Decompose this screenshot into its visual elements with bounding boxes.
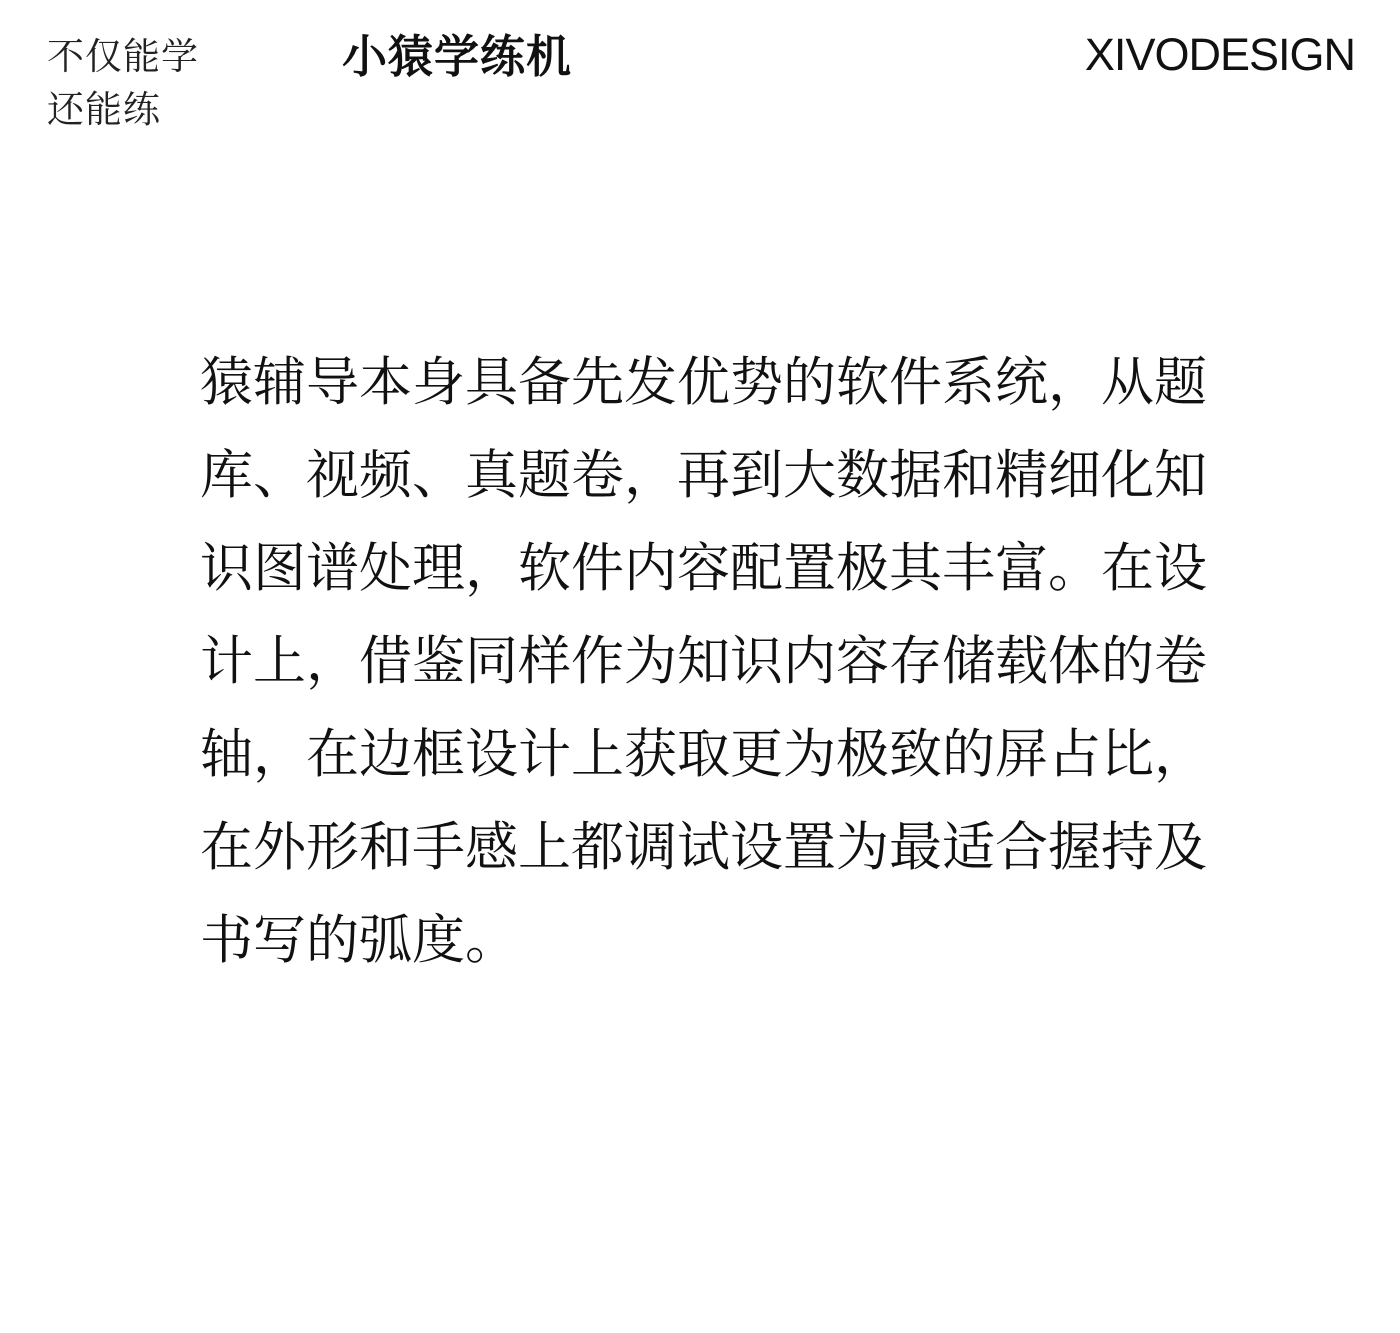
tagline-line-1: 不仅能学 bbox=[47, 30, 199, 83]
paragraph-line-5: 轴，在边框设计上获取更为极致的屏占比， bbox=[200, 708, 1210, 801]
page: 不仅能学 还能练 小猿学练机 XIVODESIGN 猿辅导本身具备先发优势的软件… bbox=[0, 0, 1400, 1333]
product-title: 小猿学练机 bbox=[342, 33, 572, 81]
tagline-line-2: 还能练 bbox=[47, 83, 199, 136]
paragraph-line-4: 计上，借鉴同样作为知识内容存储载体的卷 bbox=[200, 615, 1210, 708]
brand-wordmark: XIVODESIGN bbox=[1085, 31, 1355, 79]
description-paragraph: 猿辅导本身具备先发优势的软件系统，从题 库、视频、真题卷，再到大数据和精细化知 … bbox=[200, 336, 1210, 987]
paragraph-line-3: 识图谱处理，软件内容配置极其丰富。在设 bbox=[200, 522, 1210, 615]
paragraph-line-6: 在外形和手感上都调试设置为最适合握持及 bbox=[200, 801, 1210, 894]
paragraph-line-2: 库、视频、真题卷，再到大数据和精细化知 bbox=[200, 429, 1210, 522]
paragraph-line-7: 书写的弧度。 bbox=[200, 894, 1210, 987]
tagline: 不仅能学 还能练 bbox=[47, 30, 199, 136]
paragraph-line-1: 猿辅导本身具备先发优势的软件系统，从题 bbox=[200, 336, 1210, 429]
